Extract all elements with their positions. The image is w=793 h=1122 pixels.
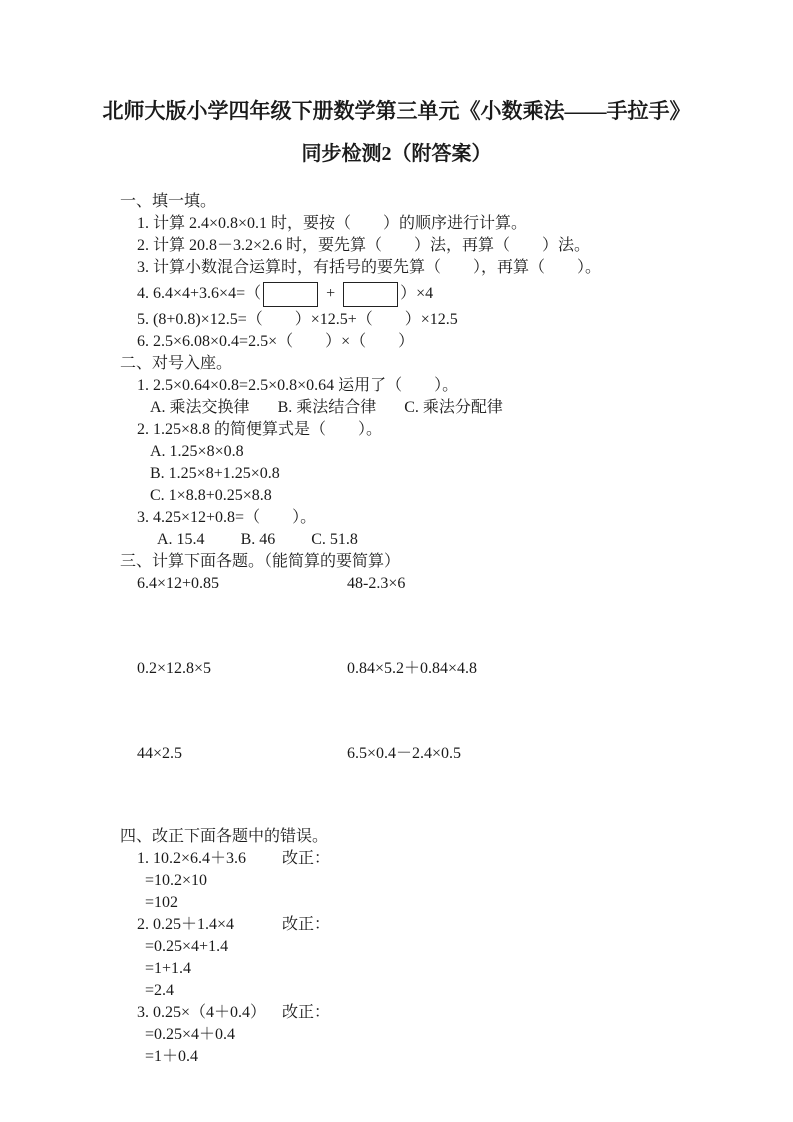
calc-expression: 0.84×5.2＋0.84×4.8 <box>347 658 477 680</box>
section2-question-2: 2. 1.25×8.8 的简便算式是（ ）。 <box>137 419 698 441</box>
sub-title: 同步检测2（附答案） <box>0 142 793 167</box>
option-b: B. 1.25×8+1.25×0.8 <box>150 463 698 485</box>
correction-expression: 3. 0.25×（4＋0.4） <box>137 1002 282 1024</box>
option-b: B. 46 <box>241 529 276 551</box>
calc-expression: 48-2.3×6 <box>347 573 405 595</box>
correction-problem-2: 2. 0.25＋1.4×4 改正： <box>137 914 698 936</box>
section1-question-4: 4. 6.4×4+3.6×4=（ + ）×4 <box>137 279 698 309</box>
option-a: A. 15.4 <box>157 529 205 551</box>
section1-question-6: 6. 2.5×6.08×0.4=2.5×（ ）×（ ） <box>137 331 698 353</box>
main-title: 北师大版小学四年级下册数学第三单元《小数乘法——手拉手》 <box>0 0 793 124</box>
correction-step: =2.4 <box>145 980 698 1002</box>
section4-heading: 四、改正下面各题中的错误。 <box>120 826 698 848</box>
calc-expression: 0.2×12.8×5 <box>137 658 347 680</box>
answer-box-2 <box>343 282 398 307</box>
correction-step: =1＋0.4 <box>145 1046 698 1068</box>
correction-step: =102 <box>145 892 698 914</box>
section2-question-1: 1. 2.5×0.64×0.8=2.5×0.8×0.64 运用了（ ）。 <box>137 375 698 397</box>
correction-expression: 1. 10.2×6.4＋3.6 <box>137 848 282 870</box>
answer-box-1 <box>263 282 318 307</box>
correction-label: 改正： <box>282 914 330 936</box>
question-4-prefix: 4. 6.4×4+3.6×4=（ <box>137 283 261 305</box>
section1-question-5: 5. (8+0.8)×12.5=（ ）×12.5+（ ）×12.5 <box>137 309 698 331</box>
correction-step: =0.25×4＋0.4 <box>145 1024 698 1046</box>
option-b: B. 乘法结合律 <box>278 397 377 419</box>
correction-label: 改正： <box>282 848 330 870</box>
section2-q1-options: A. 乘法交换律 B. 乘法结合律 C. 乘法分配律 <box>150 397 698 419</box>
correction-problem-1: 1. 10.2×6.4＋3.6 改正： <box>137 848 698 870</box>
calc-row-3: 44×2.5 6.5×0.4－2.4×0.5 <box>137 743 698 765</box>
section1-question-2: 2. 计算 20.8－3.2×2.6 时，要先算（ ）法，再算（ ）法。 <box>137 235 698 257</box>
calc-expression: 6.5×0.4－2.4×0.5 <box>347 743 461 765</box>
option-a: A. 乘法交换律 <box>150 397 250 419</box>
correction-problem-3: 3. 0.25×（4＋0.4） 改正： <box>137 1002 698 1024</box>
section1-question-3: 3. 计算小数混合运算时，有括号的要先算（ ），再算（ ）。 <box>137 257 698 279</box>
question-4-plus: + <box>326 283 335 305</box>
correction-expression: 2. 0.25＋1.4×4 <box>137 914 282 936</box>
correction-step: =1+1.4 <box>145 958 698 980</box>
option-c: C. 1×8.8+0.25×8.8 <box>150 485 698 507</box>
section2-question-3: 3. 4.25×12+0.8=（ ）。 <box>137 507 698 529</box>
option-a: A. 1.25×8×0.8 <box>150 441 698 463</box>
section1-question-1: 1. 计算 2.4×0.8×0.1 时，要按（ ）的顺序进行计算。 <box>137 213 698 235</box>
calc-expression: 6.4×12+0.85 <box>137 573 347 595</box>
calc-row-2: 0.2×12.8×5 0.84×5.2＋0.84×4.8 <box>137 658 698 680</box>
section2-q3-options: A. 15.4 B. 46 C. 51.8 <box>157 529 698 551</box>
question-4-suffix: ）×4 <box>400 283 433 305</box>
worksheet-content: 一、填一填。 1. 计算 2.4×0.8×0.1 时，要按（ ）的顺序进行计算。… <box>120 191 698 1068</box>
section3-heading: 三、计算下面各题。（能简算的要简算） <box>120 551 698 573</box>
calc-row-1: 6.4×12+0.85 48-2.3×6 <box>137 573 698 595</box>
option-c: C. 51.8 <box>311 529 358 551</box>
worksheet-page: 北师大版小学四年级下册数学第三单元《小数乘法——手拉手》 同步检测2（附答案） … <box>0 0 793 1122</box>
section1-heading: 一、填一填。 <box>120 191 698 213</box>
correction-step: =0.25×4+1.4 <box>145 936 698 958</box>
calc-expression: 44×2.5 <box>137 743 347 765</box>
section2-heading: 二、对号入座。 <box>120 353 698 375</box>
option-c: C. 乘法分配律 <box>404 397 503 419</box>
correction-label: 改正： <box>282 1002 330 1024</box>
correction-step: =10.2×10 <box>145 870 698 892</box>
